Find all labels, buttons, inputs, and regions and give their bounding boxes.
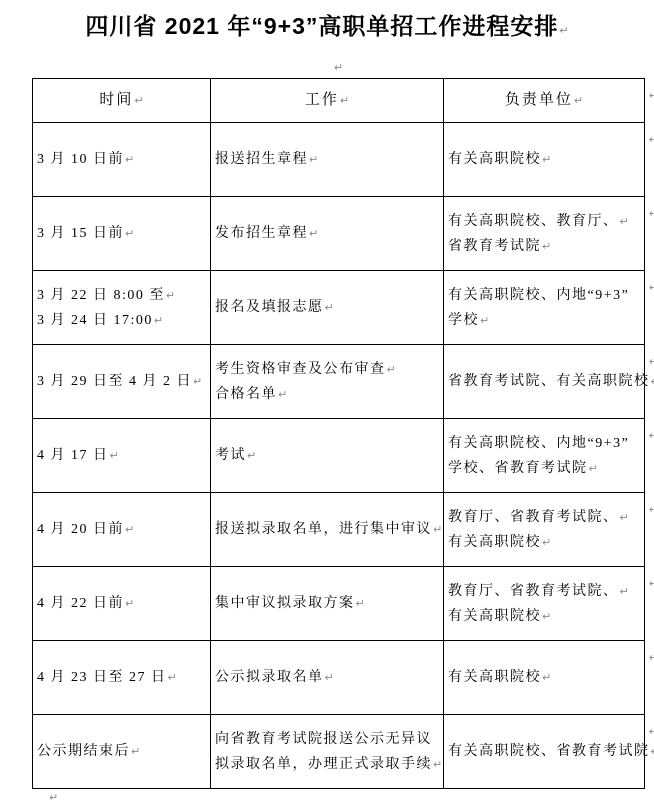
cell-work: 考试↵ (211, 419, 444, 493)
linebreak-mark-icon: ↵ (154, 314, 163, 327)
cell-line: 有关高职院校↵ (448, 604, 644, 629)
cell-text: 3 月 15 日前 (37, 226, 124, 241)
page-title: 四川省 2021 年“9+3”高职单招工作进程安排↵ (0, 8, 654, 41)
document-page: 四川省 2021 年“9+3”高职单招工作进程安排↵ ↵ 时间↵ 工作↵ 负责单… (0, 0, 654, 803)
cell-line: 发布招生章程↵ (215, 221, 443, 246)
cell-line: 省教育考试院、有关高职院校↵ (448, 369, 644, 394)
cell-work: 公示拟录取名单↵ (211, 641, 444, 715)
col-header-work: 工作↵ (211, 79, 444, 123)
linebreak-mark-icon: ↵ (325, 301, 334, 314)
linebreak-mark-icon: ↵ (651, 745, 654, 758)
col-header-unit: 负责单位↵↵ (444, 79, 645, 123)
row-end-mark-icon: ↵ (649, 275, 654, 300)
linebreak-mark-icon: ↵ (433, 523, 442, 536)
cell-text: 有关高职院校 (448, 609, 541, 624)
cell-unit: 有关高职院校↵↵ (444, 641, 645, 715)
linebreak-mark-icon: ↵ (110, 449, 119, 462)
schedule-table: 时间↵ 工作↵ 负责单位↵↵ 3 月 10 日前↵报送招生章程↵有关高职院校↵↵… (32, 78, 645, 789)
table-row: 3 月 10 日前↵报送招生章程↵有关高职院校↵↵ (33, 123, 645, 197)
linebreak-mark-icon: ↵ (168, 671, 177, 684)
cell-line: 4 月 20 日前↵ (37, 517, 210, 542)
cell-line: 有关高职院校、省教育考试院↵ (448, 739, 644, 764)
cell-work: 向省教育考试院报送公示无异议拟录取名单，办理正式录取手续↵ (211, 715, 444, 789)
cell-work: 考生资格审查及公布审查↵合格名单↵ (211, 345, 444, 419)
cell-unit: 有关高职院校↵↵ (444, 123, 645, 197)
row-end-mark-icon: ↵ (649, 571, 654, 596)
table-row: 4 月 20 日前↵报送拟录取名单，进行集中审议↵教育厅、省教育考试院、↵有关高… (33, 493, 645, 567)
cell-unit: 教育厅、省教育考试院、↵有关高职院校↵↵ (444, 493, 645, 567)
cell-line: 向省教育考试院报送公示无异议 (215, 727, 443, 752)
cell-line: 有关高职院校、教育厅、↵ (448, 209, 644, 234)
cell-text: 有关高职院校、教育厅、 (448, 214, 619, 229)
linebreak-mark-icon: ↵ (542, 153, 551, 166)
cell-line: 集中审议拟录取方案↵ (215, 591, 443, 616)
cell-line: 学校、省教育考试院↵ (448, 456, 644, 481)
header-row: 时间↵ 工作↵ 负责单位↵↵ (33, 79, 645, 123)
linebreak-mark-icon: ↵ (309, 153, 318, 166)
linebreak-mark-icon: ↵ (589, 462, 598, 475)
cell-unit: 教育厅、省教育考试院、↵有关高职院校↵↵ (444, 567, 645, 641)
cell-line: 3 月 10 日前↵ (37, 147, 210, 172)
cell-text: 有关高职院校 (448, 670, 541, 685)
linebreak-mark-icon: ↵ (387, 363, 396, 376)
cell-line: 3 月 29 日至 4 月 2 日↵ (37, 369, 210, 394)
table-row: 4 月 23 日至 27 日↵公示拟录取名单↵有关高职院校↵↵ (33, 641, 645, 715)
linebreak-mark-icon: ↵ (651, 375, 654, 388)
cell-line: 4 月 22 日前↵ (37, 591, 210, 616)
linebreak-mark-icon: ↵ (125, 523, 134, 536)
cell-text: 4 月 17 日 (37, 448, 109, 463)
cell-line: 考生资格审查及公布审查↵ (215, 357, 443, 382)
table-row: 3 月 29 日至 4 月 2 日↵考生资格审查及公布审查↵合格名单↵省教育考试… (33, 345, 645, 419)
cell-unit: 有关高职院校、教育厅、↵省教育考试院↵↵ (444, 197, 645, 271)
cell-text: 拟录取名单，办理正式录取手续 (215, 757, 432, 772)
cell-line: 3 月 15 日前↵ (37, 221, 210, 246)
linebreak-mark-icon: ↵ (166, 289, 175, 302)
row-end-mark-icon: ↵ (649, 719, 654, 744)
cell-text: 集中审议拟录取方案 (215, 596, 355, 611)
col-header-time: 时间↵ (33, 79, 211, 123)
cell-text: 学校 (448, 313, 479, 328)
paragraph-mark-icon: ↵ (134, 94, 143, 107)
cell-unit: 有关高职院校、省教育考试院↵↵ (444, 715, 645, 789)
cell-line: 3 月 22 日 8:00 至↵ (37, 283, 210, 308)
linebreak-mark-icon: ↵ (247, 449, 256, 462)
paragraph-mark-icon: ↵ (49, 791, 58, 803)
cell-time: 4 月 23 日至 27 日↵ (33, 641, 211, 715)
cell-line: 报送招生章程↵ (215, 147, 443, 172)
table-row: 3 月 15 日前↵发布招生章程↵有关高职院校、教育厅、↵省教育考试院↵↵ (33, 197, 645, 271)
empty-paragraph: ↵ (32, 58, 644, 76)
linebreak-mark-icon: ↵ (480, 314, 489, 327)
cell-line: 教育厅、省教育考试院、↵ (448, 505, 644, 530)
table-row: 4 月 17 日↵考试↵有关高职院校、内地“9+3”学校、省教育考试院↵↵ (33, 419, 645, 493)
cell-time: 4 月 20 日前↵ (33, 493, 211, 567)
linebreak-mark-icon: ↵ (278, 388, 287, 401)
row-end-mark-icon: ↵ (649, 349, 654, 374)
cell-work: 报名及填报志愿↵ (211, 271, 444, 345)
cell-text: 有关高职院校、内地“9+3” (448, 288, 629, 303)
cell-line: 公示拟录取名单↵ (215, 665, 443, 690)
table-row: 3 月 22 日 8:00 至↵3 月 24 日 17:00↵报名及填报志愿↵有… (33, 271, 645, 345)
cell-text: 3 月 22 日 8:00 至 (37, 288, 165, 303)
cell-line: 公示期结束后↵ (37, 739, 210, 764)
cell-text: 报名及填报志愿 (215, 300, 324, 315)
cell-text: 合格名单 (215, 387, 277, 402)
cell-line: 有关高职院校、内地“9+3” (448, 431, 644, 456)
end-paragraph: ↵ (48, 788, 58, 803)
cell-text: 考生资格审查及公布审查 (215, 362, 386, 377)
cell-text: 教育厅、省教育考试院、 (448, 584, 619, 599)
cell-text: 有关高职院校 (448, 535, 541, 550)
cell-line: 学校↵ (448, 308, 644, 333)
row-end-mark-icon: ↵ (649, 201, 654, 226)
cell-text: 公示拟录取名单 (215, 670, 324, 685)
cell-text: 3 月 29 日至 4 月 2 日 (37, 374, 192, 389)
cell-line: 考试↵ (215, 443, 443, 468)
cell-text: 4 月 22 日前 (37, 596, 124, 611)
paragraph-mark-icon: ↵ (559, 24, 568, 37)
linebreak-mark-icon: ↵ (620, 215, 629, 228)
header-text: 负责单位 (505, 92, 573, 108)
cell-time: 4 月 22 日前↵ (33, 567, 211, 641)
linebreak-mark-icon: ↵ (356, 597, 365, 610)
cell-line: 4 月 17 日↵ (37, 443, 210, 468)
cell-line: 3 月 24 日 17:00↵ (37, 308, 210, 333)
row-end-mark-icon: ↵ (649, 83, 654, 108)
linebreak-mark-icon: ↵ (620, 585, 629, 598)
cell-text: 4 月 23 日至 27 日 (37, 670, 167, 685)
cell-line: 有关高职院校↵ (448, 530, 644, 555)
linebreak-mark-icon: ↵ (620, 511, 629, 524)
linebreak-mark-icon: ↵ (542, 671, 551, 684)
linebreak-mark-icon: ↵ (125, 153, 134, 166)
cell-text: 3 月 10 日前 (37, 152, 124, 167)
linebreak-mark-icon: ↵ (542, 610, 551, 623)
cell-text: 公示期结束后 (37, 744, 130, 759)
cell-text: 教育厅、省教育考试院、 (448, 510, 619, 525)
linebreak-mark-icon: ↵ (542, 240, 551, 253)
page-title-text: 四川省 2021 年“9+3”高职单招工作进程安排 (85, 13, 558, 39)
row-end-mark-icon: ↵ (649, 645, 654, 670)
cell-text: 报送拟录取名单，进行集中审议 (215, 522, 432, 537)
cell-line: 省教育考试院↵ (448, 234, 644, 259)
cell-line: 合格名单↵ (215, 382, 443, 407)
cell-text: 有关高职院校、省教育考试院 (448, 744, 650, 759)
cell-line: 有关高职院校↵ (448, 665, 644, 690)
row-end-mark-icon: ↵ (649, 423, 654, 448)
linebreak-mark-icon: ↵ (325, 671, 334, 684)
cell-text: 学校、省教育考试院 (448, 461, 588, 476)
cell-unit: 有关高职院校、内地“9+3”学校↵↵ (444, 271, 645, 345)
cell-line: 报名及填报志愿↵ (215, 295, 443, 320)
cell-text: 3 月 24 日 17:00 (37, 313, 153, 328)
table-row: 4 月 22 日前↵集中审议拟录取方案↵教育厅、省教育考试院、↵有关高职院校↵↵ (33, 567, 645, 641)
cell-line: 教育厅、省教育考试院、↵ (448, 579, 644, 604)
table-row: 公示期结束后↵向省教育考试院报送公示无异议拟录取名单，办理正式录取手续↵有关高职… (33, 715, 645, 789)
linebreak-mark-icon: ↵ (193, 375, 202, 388)
paragraph-mark-icon: ↵ (334, 61, 343, 74)
cell-time: 4 月 17 日↵ (33, 419, 211, 493)
cell-line: 有关高职院校、内地“9+3” (448, 283, 644, 308)
linebreak-mark-icon: ↵ (125, 597, 134, 610)
cell-time: 3 月 15 日前↵ (33, 197, 211, 271)
row-end-mark-icon: ↵ (649, 127, 654, 152)
cell-text: 省教育考试院、有关高职院校 (448, 374, 650, 389)
cell-time: 3 月 10 日前↵ (33, 123, 211, 197)
cell-text: 报送招生章程 (215, 152, 308, 167)
linebreak-mark-icon: ↵ (309, 227, 318, 240)
header-text: 时间 (99, 92, 133, 108)
linebreak-mark-icon: ↵ (125, 227, 134, 240)
cell-text: 省教育考试院 (448, 239, 541, 254)
cell-work: 发布招生章程↵ (211, 197, 444, 271)
cell-time: 3 月 29 日至 4 月 2 日↵ (33, 345, 211, 419)
table-body: 3 月 10 日前↵报送招生章程↵有关高职院校↵↵3 月 15 日前↵发布招生章… (33, 123, 645, 789)
cell-work: 报送拟录取名单，进行集中审议↵ (211, 493, 444, 567)
cell-time: 3 月 22 日 8:00 至↵3 月 24 日 17:00↵ (33, 271, 211, 345)
row-end-mark-icon: ↵ (649, 497, 654, 522)
cell-line: 有关高职院校↵ (448, 147, 644, 172)
cell-line: 拟录取名单，办理正式录取手续↵ (215, 752, 443, 777)
cell-unit: 有关高职院校、内地“9+3”学校、省教育考试院↵↵ (444, 419, 645, 493)
cell-text: 有关高职院校、内地“9+3” (448, 436, 629, 451)
linebreak-mark-icon: ↵ (433, 758, 442, 771)
paragraph-mark-icon: ↵ (574, 94, 583, 107)
cell-work: 报送招生章程↵ (211, 123, 444, 197)
linebreak-mark-icon: ↵ (131, 745, 140, 758)
header-text: 工作 (305, 92, 339, 108)
linebreak-mark-icon: ↵ (542, 536, 551, 549)
cell-line: 4 月 23 日至 27 日↵ (37, 665, 210, 690)
cell-work: 集中审议拟录取方案↵ (211, 567, 444, 641)
cell-text: 向省教育考试院报送公示无异议 (215, 732, 432, 747)
cell-text: 考试 (215, 448, 246, 463)
cell-time: 公示期结束后↵ (33, 715, 211, 789)
cell-unit: 省教育考试院、有关高职院校↵↵ (444, 345, 645, 419)
cell-text: 发布招生章程 (215, 226, 308, 241)
paragraph-mark-icon: ↵ (340, 94, 349, 107)
cell-text: 有关高职院校 (448, 152, 541, 167)
cell-line: 报送拟录取名单，进行集中审议↵ (215, 517, 443, 542)
cell-text: 4 月 20 日前 (37, 522, 124, 537)
